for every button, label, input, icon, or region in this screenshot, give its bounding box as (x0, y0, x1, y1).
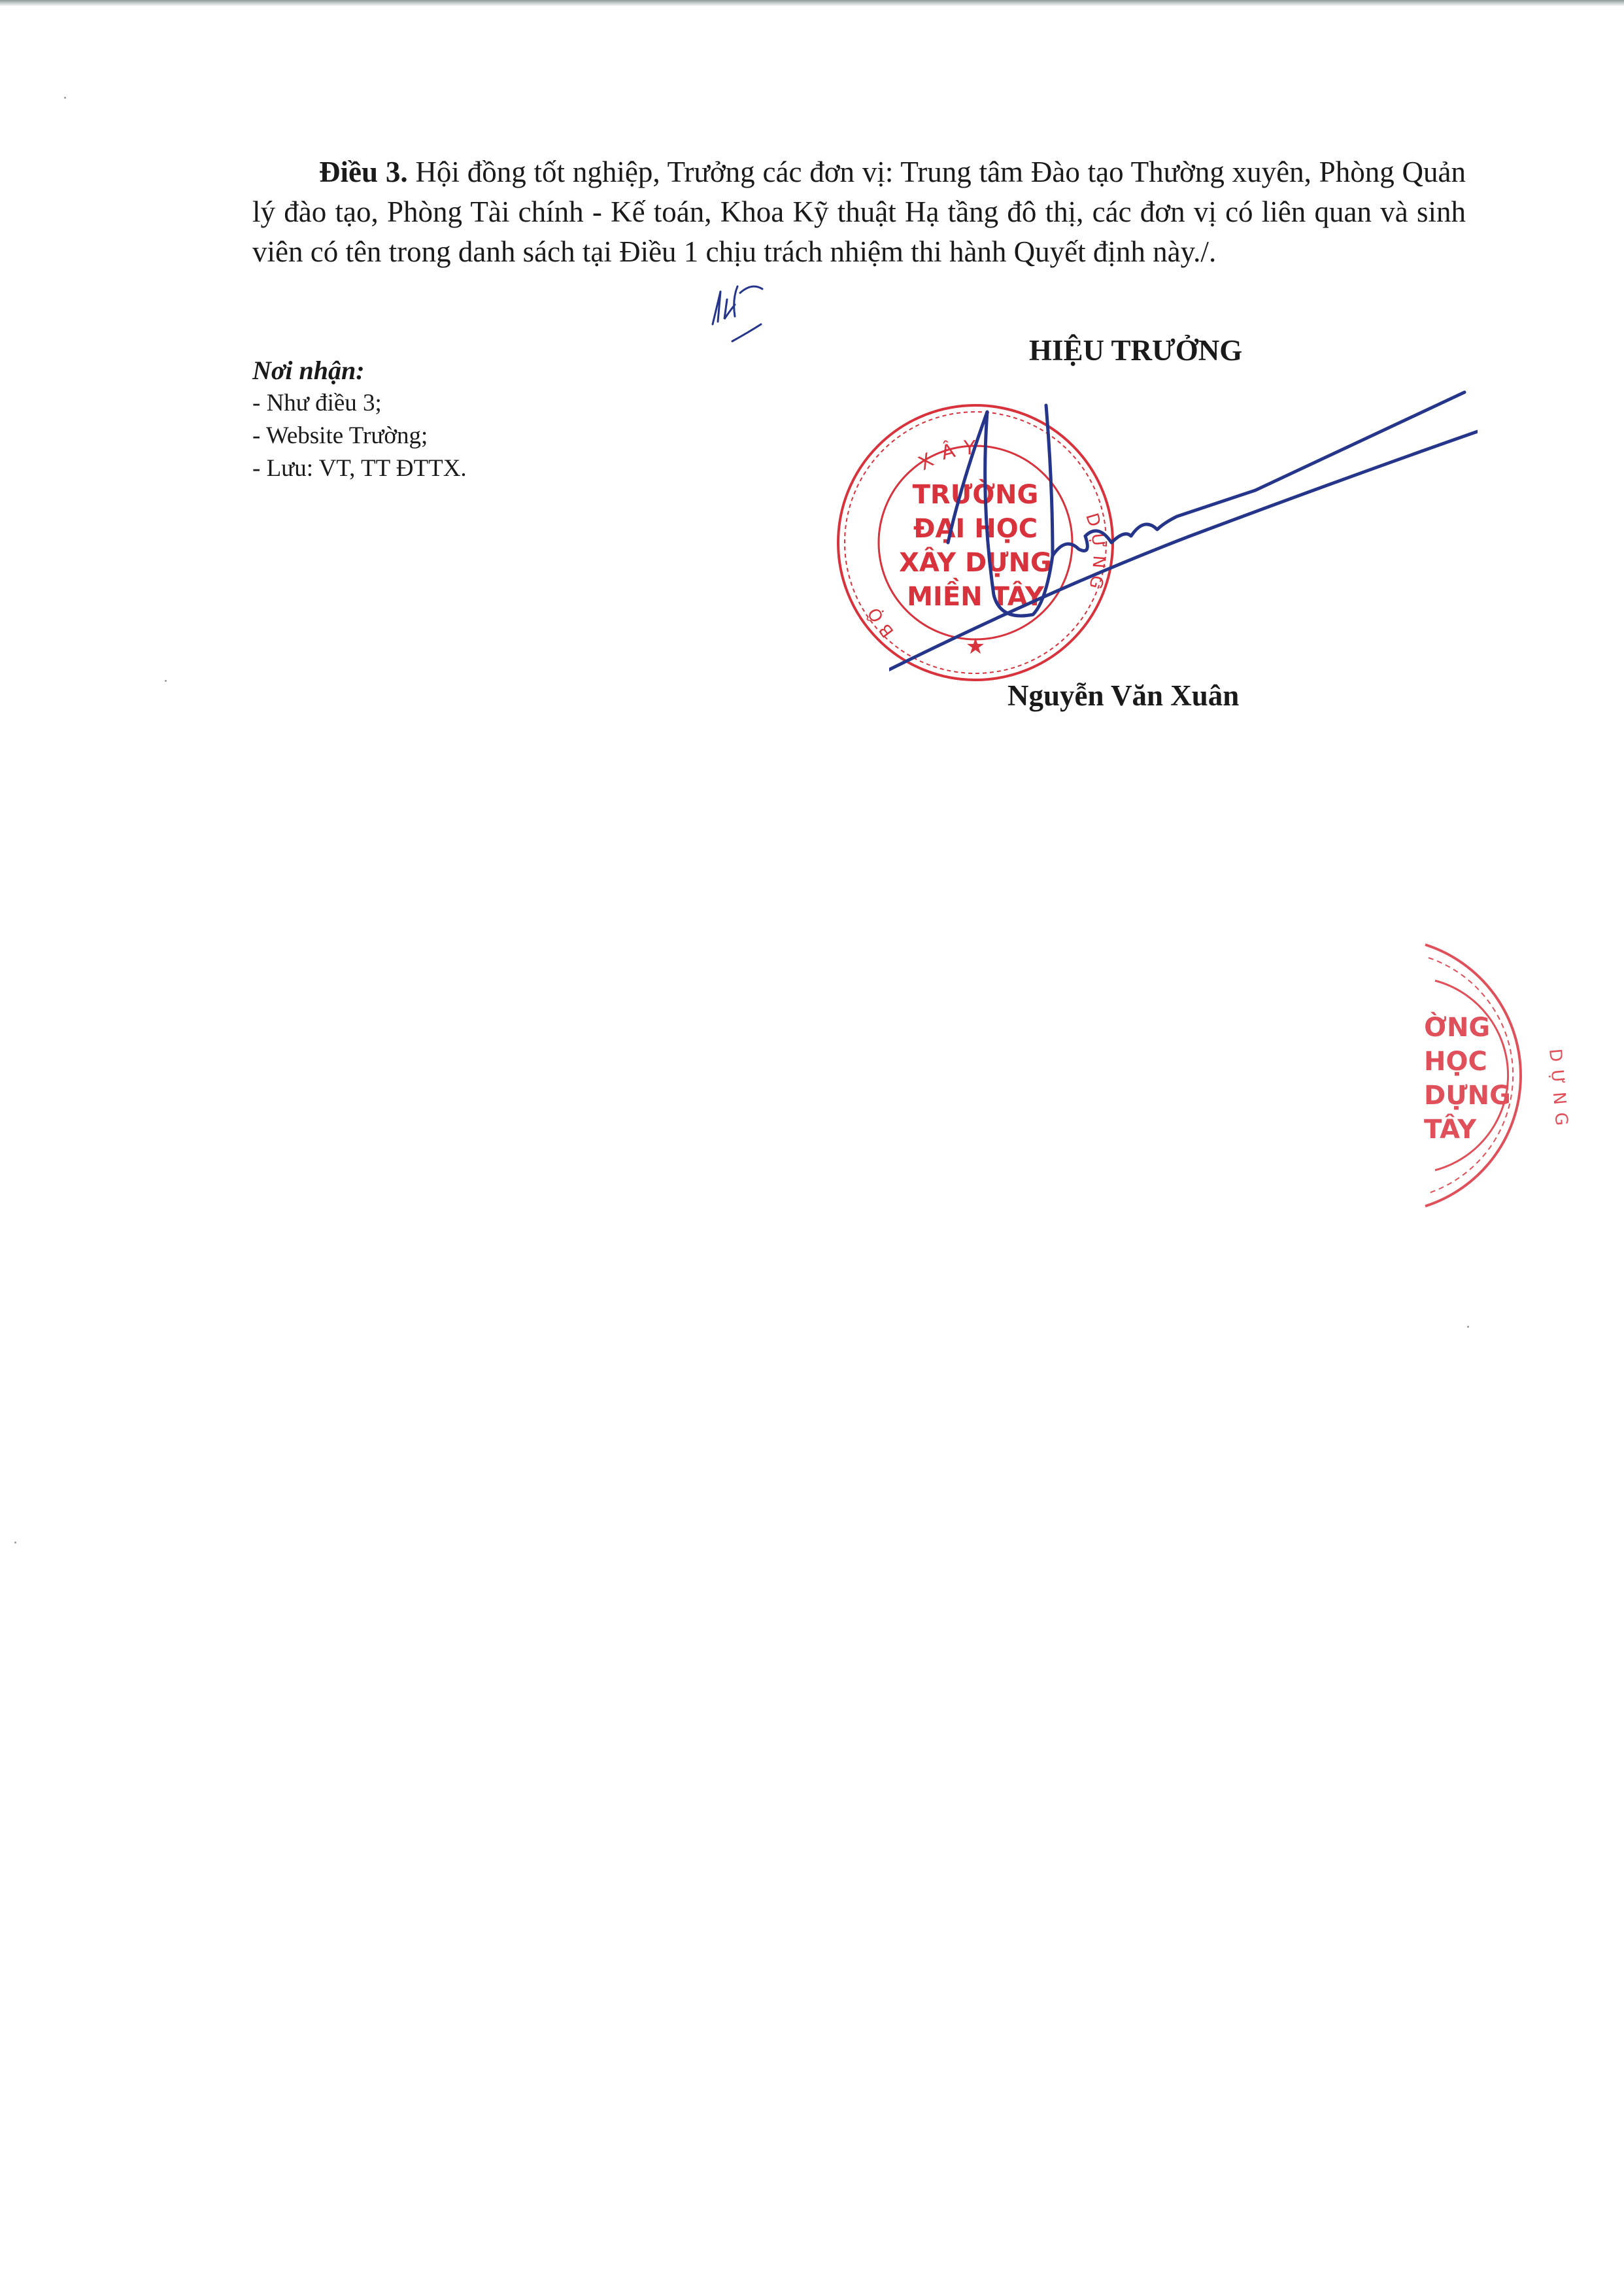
scan-speck (1467, 1326, 1469, 1328)
svg-text:TÂY: TÂY (1424, 1113, 1477, 1145)
recipients-heading: Nơi nhận: (252, 354, 467, 387)
svg-text:DỰNG: DỰNG (1545, 1048, 1572, 1134)
signatory-title: HIỆU TRƯỞNG (1029, 333, 1242, 367)
initials-mark (701, 273, 773, 345)
svg-text:HỌC: HỌC (1424, 1047, 1487, 1077)
signer-name: Nguyễn Văn Xuân (1007, 679, 1239, 713)
recipient-item: - Website Trường; (252, 420, 467, 452)
recipient-item: - Lưu: VT, TT ĐTTX. (252, 452, 467, 485)
scan-speck (64, 97, 66, 99)
article-label: Điều 3. (319, 156, 408, 188)
edge-seal-partial: ỜNG HỌC DỰNG TÂY DỰNG (1419, 932, 1624, 1219)
recipients-block: Nơi nhận: - Như điều 3; - Website Trường… (252, 354, 467, 485)
scan-edge (0, 0, 1624, 6)
svg-text:DỰNG: DỰNG (1424, 1081, 1511, 1111)
recipient-item: - Như điều 3; (252, 387, 467, 420)
handwritten-signature (889, 386, 1478, 726)
scan-speck (165, 680, 167, 682)
svg-text:ỜNG: ỜNG (1424, 1011, 1490, 1043)
article-text: Hội đồng tốt nghiệp, Trưởng các đơn vị: … (252, 156, 1466, 268)
article-3-paragraph: Điều 3. Hội đồng tốt nghiệp, Trưởng các … (252, 152, 1466, 272)
scan-speck (14, 1542, 16, 1543)
